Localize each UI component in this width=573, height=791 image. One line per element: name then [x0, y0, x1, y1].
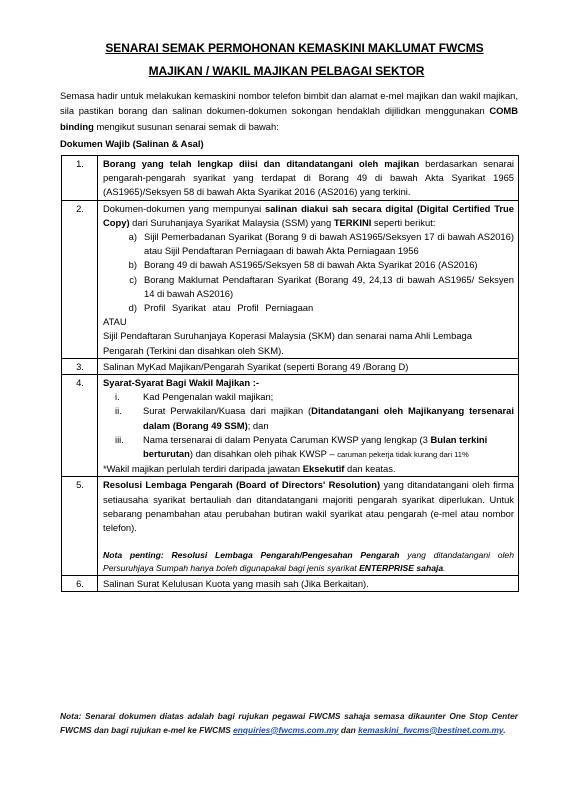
- text: ) dan disahkan oleh pihak KWSP –: [190, 448, 337, 459]
- bold-text: Eksekutif: [303, 463, 345, 474]
- alternative-text: Sijil Pendaftaran Suruhanjaya Koperasi M…: [103, 329, 514, 357]
- intro-text-end: mengikut susunan senarai semak di bawah:: [94, 121, 279, 132]
- sub-item-text: Kad Pengenalan wakil majikan;: [143, 390, 514, 404]
- footer-note: Nota: Senarai dokumen diatas adalah bagi…: [60, 710, 518, 737]
- text: dan keatas.: [344, 463, 395, 474]
- item-note: *Wakil majikan perlulah terdiri daripada…: [103, 462, 514, 476]
- intro-paragraph: Semasa hadir untuk melakukan kemaskini n…: [60, 88, 518, 134]
- item-description: Dokumen-dokumen yang mempunyai salinan d…: [98, 200, 519, 358]
- email-link-enquiries[interactable]: enquiries@fwcms.com.my: [233, 725, 338, 735]
- sub-item-text: Surat Perwakilan/Kuasa dari majikan (Dit…: [143, 404, 514, 432]
- text: Surat Perwakilan/Kuasa dari majikan (: [143, 405, 311, 416]
- sub-item-text: Profil Syarikat atau Profil Perniagaan: [144, 301, 514, 315]
- note-text: .: [443, 563, 445, 573]
- sub-item: d)Profil Syarikat atau Profil Perniagaan: [103, 301, 514, 315]
- sub-item-text: Borang 49 di bawah AS1965/Seksyen 58 di …: [144, 258, 514, 272]
- sub-item-label: b): [111, 258, 144, 272]
- item-bold: TERKINI: [334, 217, 372, 228]
- item-number: 1.: [62, 156, 98, 201]
- small-text: caruman pekerja tidak kurang dari 11%: [337, 450, 469, 459]
- sub-item: iii.Nama tersenarai di dalam Penyata Car…: [103, 433, 514, 462]
- sub-item: i.Kad Pengenalan wakil majikan;: [103, 390, 514, 404]
- item-text: seperti berikut:: [371, 217, 435, 228]
- item-number: 3.: [62, 358, 98, 374]
- item-text: Dokumen-dokumen yang mempunyai: [103, 203, 265, 214]
- item-main: Resolusi Lembaga Pengarah (Board of Dire…: [103, 478, 514, 535]
- checklist-table: 1. Borang yang telah lengkap diisi dan d…: [61, 155, 519, 592]
- intro-text: Semasa hadir untuk melakukan kemaskini n…: [60, 90, 518, 116]
- item-number: 4.: [62, 375, 98, 477]
- sub-item: a)Sijil Pemerbadanan Syarikat (Borang 9 …: [103, 230, 514, 258]
- document-subtitle: MAJIKAN / WAKIL MAJIKAN PELBAGAI SEKTOR: [0, 64, 573, 78]
- table-row: 1. Borang yang telah lengkap diisi dan d…: [62, 156, 519, 201]
- item-number: 5.: [62, 477, 98, 576]
- sub-item-label: d): [111, 301, 144, 315]
- table-row: 4. Syarat-Syarat Bagi Wakil Majikan :- i…: [62, 375, 519, 477]
- sub-item-label: c): [111, 273, 144, 301]
- item-description: Resolusi Lembaga Pengarah (Board of Dire…: [98, 477, 519, 576]
- note-bold: ENTERPRISE sahaja: [359, 563, 443, 573]
- table-row: 5. Resolusi Lembaga Pengarah (Board of D…: [62, 477, 519, 576]
- item-text: dari Suruhanjaya Syarikat Malaysia (SSM)…: [130, 217, 334, 228]
- item-bold: Resolusi Lembaga Pengarah (Board of Dire…: [103, 479, 380, 490]
- sub-item: ii.Surat Perwakilan/Kuasa dari majikan (…: [103, 404, 514, 432]
- text: ; dan: [248, 420, 269, 431]
- table-row: 3. Salinan MyKad Majikan/Pengarah Syarik…: [62, 358, 519, 374]
- item-number: 2.: [62, 200, 98, 358]
- sub-item-label: a): [111, 230, 144, 258]
- item-description: Borang yang telah lengkap diisi dan dita…: [98, 156, 519, 201]
- sub-item-text: Sijil Pemerbadanan Syarikat (Borang 9 di…: [144, 230, 514, 258]
- table-row: 6. Salinan Surat Kelulusan Kuota yang ma…: [62, 576, 519, 592]
- item-description: Syarat-Syarat Bagi Wakil Majikan :- i.Ka…: [98, 375, 519, 477]
- sub-item: c)Borang Maklumat Pendaftaran Syarikat (…: [103, 273, 514, 301]
- item-intro: Dokumen-dokumen yang mempunyai salinan d…: [103, 202, 514, 230]
- text: Nama tersenarai di dalam Penyata Caruman…: [143, 434, 430, 445]
- item-description: Salinan MyKad Majikan/Pengarah Syarikat …: [98, 358, 519, 374]
- note-bold: Nota penting: Resolusi Lembaga Pengarah/…: [103, 550, 400, 560]
- item-bold: Borang yang telah lengkap diisi dan dita…: [103, 158, 419, 169]
- footer-text: dan: [339, 725, 359, 735]
- important-note: Nota penting: Resolusi Lembaga Pengarah/…: [103, 549, 514, 575]
- sub-item-text: Nama tersenarai di dalam Penyata Caruman…: [143, 433, 514, 462]
- sub-item-label: ii.: [103, 404, 143, 432]
- sub-item-label: iii.: [103, 433, 143, 462]
- document-title: SENARAI SEMAK PERMOHONAN KEMASKINI MAKLU…: [8, 41, 573, 55]
- section-heading: Dokumen Wajib (Salinan & Asal): [60, 138, 204, 149]
- footer-text: .: [503, 725, 505, 735]
- sub-item-text: Borang Maklumat Pendaftaran Syarikat (Bo…: [144, 273, 514, 301]
- email-link-kemaskini[interactable]: kemaskini_fwcms@bestinet.com.my: [358, 725, 503, 735]
- table-row: 2. Dokumen-dokumen yang mempunyai salina…: [62, 200, 519, 358]
- or-label: ATAU: [103, 315, 514, 329]
- sub-item-label: i.: [103, 390, 143, 404]
- item-description: Salinan Surat Kelulusan Kuota yang masih…: [98, 576, 519, 592]
- item-heading: Syarat-Syarat Bagi Wakil Majikan :-: [103, 376, 514, 390]
- text: *Wakil majikan perlulah terdiri daripada…: [103, 463, 303, 474]
- sub-item: b)Borang 49 di bawah AS1965/Seksyen 58 d…: [103, 258, 514, 272]
- item-number: 6.: [62, 576, 98, 592]
